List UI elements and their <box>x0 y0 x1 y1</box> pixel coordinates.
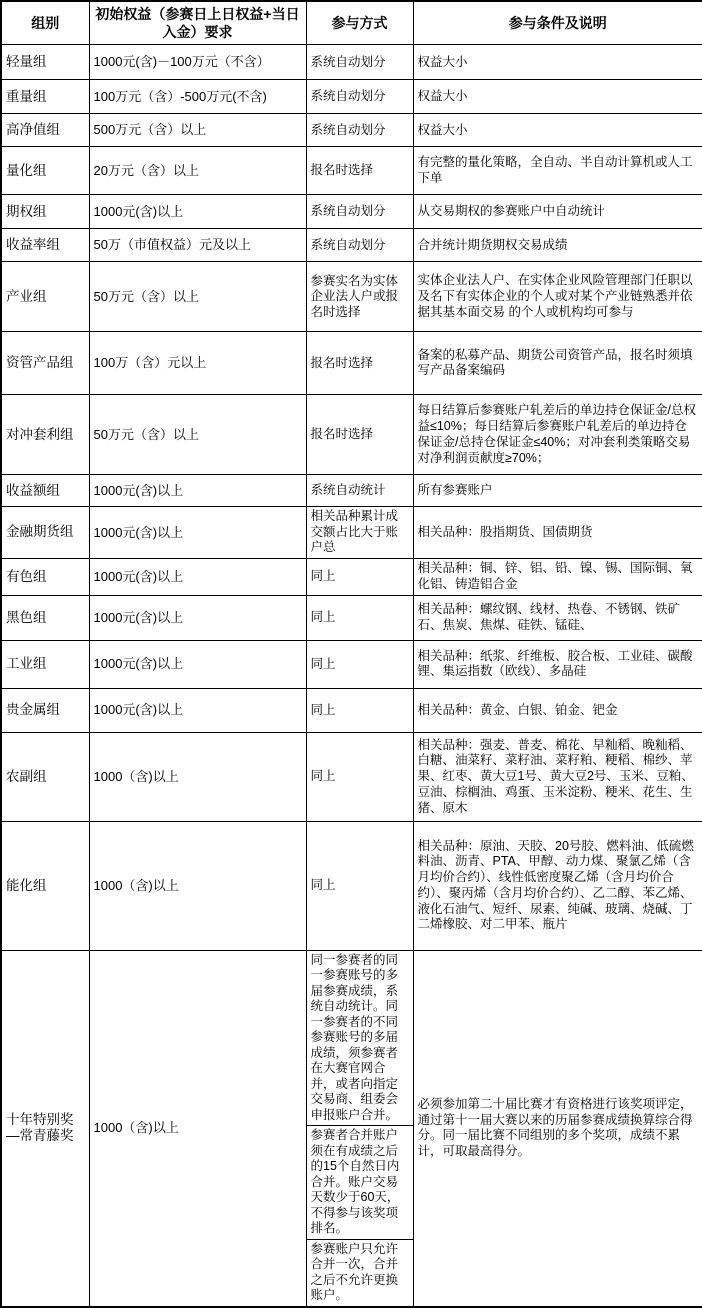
method-cell: 同上 <box>306 640 413 688</box>
method-cell: 报名时选择 <box>306 395 413 475</box>
condition-cell: 实体企业法人户、在实体企业风险管理部门任职以及名下有实体企业的个人或对某个产业链… <box>413 262 702 332</box>
requirement-cell: 1000（含)以上 <box>89 732 306 821</box>
table-row: 资管产品组 100万（含）元以上 报名时选择 备案的私募产品、期货公司资管产品，… <box>1 332 702 395</box>
method-cell: 相关品种累计成交额占比大于账户总 <box>306 507 413 559</box>
condition-cell: 相关品种：股指期货、国债期货 <box>413 507 702 559</box>
requirement-cell: 500万元（含）以上 <box>89 114 306 147</box>
method-subcell-2: 参赛者合并账户须在有成绩之后的15个自然日内合并。账户交易天数少于60天，不得参… <box>306 1126 413 1240</box>
requirement-cell: 1000元(含)－100万元（不含） <box>89 45 306 80</box>
group-cell: 贵金属组 <box>1 688 89 732</box>
group-cell: 资管产品组 <box>1 332 89 395</box>
group-cell: 产业组 <box>1 262 89 332</box>
header-group: 组别 <box>1 1 89 45</box>
requirement-cell: 1000元(含)以上 <box>89 475 306 507</box>
requirement-cell: 1000（含)以上 <box>89 950 306 1307</box>
table-row: 收益额组 1000元(含)以上 系统自动统计 所有参赛账户 <box>1 475 702 507</box>
requirement-cell: 1000元(含)以上 <box>89 595 306 640</box>
method-cell: 同上 <box>306 558 413 595</box>
table-row: 高净值组 500万元（含）以上 系统自动划分 权益大小 <box>1 114 702 147</box>
header-requirement: 初始权益（参赛日上日权益+当日入金）要求 <box>89 1 306 45</box>
requirement-cell: 100万（含）元以上 <box>89 332 306 395</box>
requirement-cell: 100万元（含）-500万元(不含) <box>89 80 306 114</box>
requirement-cell: 50万（市值权益）元及以上 <box>89 229 306 262</box>
method-cell: 报名时选择 <box>306 147 413 195</box>
condition-cell: 从交易期权的参赛账户中自动统计 <box>413 195 702 229</box>
header-condition: 参与条件及说明 <box>413 1 702 45</box>
table-row: 有色组 1000元(含)以上 同上 相关品种：铜、锌、铝、铅、镍、锡、国际铜、氧… <box>1 558 702 595</box>
condition-cell: 相关品种：纸浆、纤维板、胶合板、工业硅、碳酸锂、集运指数（欧线）、多晶硅 <box>413 640 702 688</box>
condition-cell: 有完整的量化策略，全自动、半自动计算机或人工下单 <box>413 147 702 195</box>
condition-cell: 相关品种：原油、天胶、20号胶、燃料油、低硫燃料油、沥青、PTA、甲醇、动力煤、… <box>413 821 702 950</box>
group-cell: 重量组 <box>1 80 89 114</box>
requirement-cell: 1000元(含)以上 <box>89 640 306 688</box>
method-cell: 系统自动划分 <box>306 45 413 80</box>
group-cell: 有色组 <box>1 558 89 595</box>
condition-cell: 权益大小 <box>413 114 702 147</box>
condition-cell: 权益大小 <box>413 80 702 114</box>
requirement-cell: 50万元（含）以上 <box>89 395 306 475</box>
group-cell: 量化组 <box>1 147 89 195</box>
method-cell: 系统自动划分 <box>306 229 413 262</box>
method-subcell-3: 参赛账户只允许合并一次，合并之后不允许更换账户。 <box>306 1239 413 1307</box>
group-cell: 工业组 <box>1 640 89 688</box>
table-row-special: 十年特别奖—常青藤奖 1000（含)以上 同一参赛者的同一参赛账号的多届参赛成绩… <box>1 950 702 1126</box>
method-cell: 报名时选择 <box>306 332 413 395</box>
table-row: 期权组 1000元(含)以上 系统自动划分 从交易期权的参赛账户中自动统计 <box>1 195 702 229</box>
header-method: 参与方式 <box>306 1 413 45</box>
competition-rules-table: 组别 初始权益（参赛日上日权益+当日入金）要求 参与方式 参与条件及说明 轻量组… <box>0 0 702 1308</box>
requirement-cell: 20万元（含）以上 <box>89 147 306 195</box>
table-row: 产业组 50万元（含）以上 参赛实名为实体企业法人户或报名时选择 实体企业法人户… <box>1 262 702 332</box>
table-row: 黑色组 1000元(含)以上 同上 相关品种：螺纹钢、线材、热卷、不锈钢、铁矿石… <box>1 595 702 640</box>
table-row: 工业组 1000元(含)以上 同上 相关品种：纸浆、纤维板、胶合板、工业硅、碳酸… <box>1 640 702 688</box>
table-row: 农副组 1000（含)以上 同上 相关品种：强麦、普麦、棉花、早籼稻、晚籼稻、白… <box>1 732 702 821</box>
table-row: 量化组 20万元（含）以上 报名时选择 有完整的量化策略，全自动、半自动计算机或… <box>1 147 702 195</box>
method-cell: 系统自动划分 <box>306 80 413 114</box>
method-cell: 同上 <box>306 688 413 732</box>
group-cell: 收益率组 <box>1 229 89 262</box>
group-cell: 轻量组 <box>1 45 89 80</box>
condition-cell: 相关品种：螺纹钢、线材、热卷、不锈钢、铁矿石、焦炭、焦煤、硅铁、锰硅、 <box>413 595 702 640</box>
condition-cell: 所有参赛账户 <box>413 475 702 507</box>
method-cell: 同上 <box>306 821 413 950</box>
requirement-cell: 1000元(含)以上 <box>89 688 306 732</box>
group-cell: 十年特别奖—常青藤奖 <box>1 950 89 1307</box>
condition-cell: 权益大小 <box>413 45 702 80</box>
table-row: 重量组 100万元（含）-500万元(不含) 系统自动划分 权益大小 <box>1 80 702 114</box>
group-cell: 能化组 <box>1 821 89 950</box>
requirement-cell: 1000元(含)以上 <box>89 195 306 229</box>
table-row: 贵金属组 1000元(含)以上 同上 相关品种：黄金、白银、铂金、钯金 <box>1 688 702 732</box>
group-cell: 对冲套利组 <box>1 395 89 475</box>
condition-cell: 相关品种：强麦、普麦、棉花、早籼稻、晚籼稻、白糖、油菜籽、菜籽油、菜籽粕、粳稻、… <box>413 732 702 821</box>
method-cell: 系统自动统计 <box>306 475 413 507</box>
table-row: 能化组 1000（含)以上 同上 相关品种：原油、天胶、20号胶、燃料油、低硫燃… <box>1 821 702 950</box>
table-row: 轻量组 1000元(含)－100万元（不含） 系统自动划分 权益大小 <box>1 45 702 80</box>
group-cell: 期权组 <box>1 195 89 229</box>
condition-cell: 合并统计期货期权交易成绩 <box>413 229 702 262</box>
condition-cell: 每日结算后参赛账户轧差后的单边持仓保证金/总权益≤10%；每日结算后参赛账户轧差… <box>413 395 702 475</box>
requirement-cell: 1000元(含)以上 <box>89 558 306 595</box>
group-cell: 收益额组 <box>1 475 89 507</box>
condition-cell: 相关品种：黄金、白银、铂金、钯金 <box>413 688 702 732</box>
condition-cell: 必须参加第二十届比赛才有资格进行该奖项评定，通过第十一届大赛以来的历届参赛成绩换… <box>413 950 702 1307</box>
method-cell: 参赛实名为实体企业法人户或报名时选择 <box>306 262 413 332</box>
group-cell: 高净值组 <box>1 114 89 147</box>
table-row: 收益率组 50万（市值权益）元及以上 系统自动划分 合并统计期货期权交易成绩 <box>1 229 702 262</box>
requirement-cell: 1000（含)以上 <box>89 821 306 950</box>
method-cell: 系统自动划分 <box>306 114 413 147</box>
requirement-cell: 1000元(含)以上 <box>89 507 306 559</box>
group-cell: 农副组 <box>1 732 89 821</box>
method-cell: 同上 <box>306 595 413 640</box>
group-cell: 金融期货组 <box>1 507 89 559</box>
method-cell: 系统自动划分 <box>306 195 413 229</box>
method-cell: 同上 <box>306 732 413 821</box>
method-subcell-1: 同一参赛者的同一参赛账号的多届参赛成绩，系统自动统计。同一参赛者的不同参赛账号的… <box>306 950 413 1126</box>
table-row: 对冲套利组 50万元（含）以上 报名时选择 每日结算后参赛账户轧差后的单边持仓保… <box>1 395 702 475</box>
condition-cell: 备案的私募产品、期货公司资管产品，报名时须填写产品备案编码 <box>413 332 702 395</box>
table-row: 金融期货组 1000元(含)以上 相关品种累计成交额占比大于账户总 相关品种：股… <box>1 507 702 559</box>
condition-cell: 相关品种：铜、锌、铝、铅、镍、锡、国际铜、氧化铝、铸造铝合金 <box>413 558 702 595</box>
header-row: 组别 初始权益（参赛日上日权益+当日入金）要求 参与方式 参与条件及说明 <box>1 1 702 45</box>
requirement-cell: 50万元（含）以上 <box>89 262 306 332</box>
group-cell: 黑色组 <box>1 595 89 640</box>
